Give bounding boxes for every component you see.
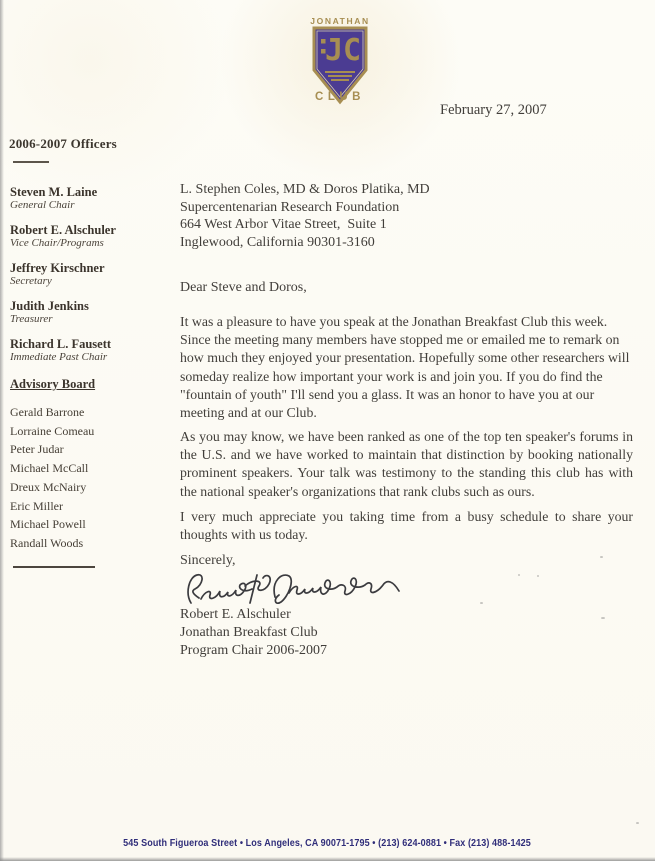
- advisory-board-list: Gerald Barrone Lorraine Comeau Peter Jud…: [10, 403, 175, 553]
- recipient-address-block: L. Stephen Coles, MD & Doros Platika, MD…: [180, 181, 430, 251]
- advisory-member: Dreux McNairy: [10, 478, 175, 497]
- advisory-member: Randall Woods: [10, 534, 175, 553]
- letter-date: February 27, 2007: [440, 102, 547, 119]
- officer-entry: Richard L. Fausett Immediate Past Chair: [10, 338, 175, 363]
- officer-title: Secretary: [10, 275, 175, 287]
- advisory-member: Lorraine Comeau: [10, 422, 175, 441]
- advisory-member: Peter Judar: [10, 440, 175, 459]
- footer-address-line: 545 South Figueroa Street • Los Angeles,…: [124, 837, 532, 849]
- advisory-member: Michael McCall: [10, 459, 175, 478]
- logo-text-club: CLUB: [315, 91, 365, 103]
- officers-list: Steven M. Laine General Chair Robert E. …: [10, 186, 175, 376]
- scan-speck: [601, 617, 605, 619]
- officer-title: General Chair: [10, 199, 175, 211]
- scan-speck: [600, 556, 603, 558]
- officer-name: Steven M. Laine: [10, 186, 175, 199]
- recipient-line: 664 West Arbor Vitae Street, Suite 1: [180, 216, 430, 234]
- scan-edge-left: [0, 0, 4, 861]
- body-paragraph-3: I very much appreciate you taking time f…: [180, 508, 633, 544]
- recipient-line: Inglewood, California 90301-3160: [180, 234, 430, 252]
- officer-entry: Robert E. Alschuler Vice Chair/Programs: [10, 224, 175, 249]
- officer-title: Treasurer: [10, 313, 175, 325]
- officer-name: Judith Jenkins: [10, 300, 175, 313]
- recipient-line: L. Stephen Coles, MD & Doros Platika, MD: [180, 181, 430, 199]
- officer-entry: Steven M. Laine General Chair: [10, 186, 175, 211]
- recipient-line: Supercentenarian Research Foundation: [180, 199, 430, 217]
- logo-text-jonathan: JONATHAN: [310, 16, 369, 26]
- sidebar-rule-top: [13, 161, 49, 163]
- officers-heading: 2006-2007 Officers: [9, 136, 117, 152]
- advisory-member: Gerald Barrone: [10, 403, 175, 422]
- advisory-member: Michael Powell: [10, 515, 175, 534]
- officer-entry: Judith Jenkins Treasurer: [10, 300, 175, 325]
- salutation: Dear Steve and Doros,: [180, 280, 307, 296]
- body-paragraph-1: It was a pleasure to have you speak at t…: [180, 313, 633, 422]
- scan-speck: [480, 602, 483, 604]
- logo-monogram-jc: JC: [325, 33, 361, 68]
- scan-speck: [537, 575, 539, 577]
- advisory-member: Eric Miller: [10, 497, 175, 516]
- jonathan-club-crest-icon: JONATHAN JC CLUB: [300, 8, 380, 108]
- officer-title: Vice Chair/Programs: [10, 237, 175, 249]
- officer-title: Immediate Past Chair: [10, 351, 175, 363]
- body-paragraph-2: As you may know, we have been ranked as …: [180, 428, 633, 501]
- advisory-board-heading: Advisory Board: [10, 377, 95, 392]
- signature-script-icon: [181, 567, 401, 611]
- scan-speck: [636, 822, 639, 824]
- signer-name: Robert E. Alschuler: [180, 606, 327, 624]
- officer-name: Richard L. Fausett: [10, 338, 175, 351]
- letterhead-footer: 545 South Figueroa Street • Los Angeles,…: [0, 833, 655, 851]
- signature-block: Robert E. Alschuler Jonathan Breakfast C…: [180, 606, 327, 660]
- jonathan-club-logo: JONATHAN JC CLUB: [300, 8, 380, 108]
- officer-name: Robert E. Alschuler: [10, 224, 175, 237]
- scanned-letter-page: JONATHAN JC CLUB February 27, 2007 2006-…: [0, 0, 655, 861]
- scan-edge-bottom: [0, 857, 655, 861]
- signer-title: Program Chair 2006-2007: [180, 642, 327, 660]
- scan-speck: [518, 574, 520, 576]
- officer-name: Jeffrey Kirschner: [10, 262, 175, 275]
- officer-entry: Jeffrey Kirschner Secretary: [10, 262, 175, 287]
- signer-organization: Jonathan Breakfast Club: [180, 624, 327, 642]
- sidebar-rule-bottom: [13, 566, 95, 568]
